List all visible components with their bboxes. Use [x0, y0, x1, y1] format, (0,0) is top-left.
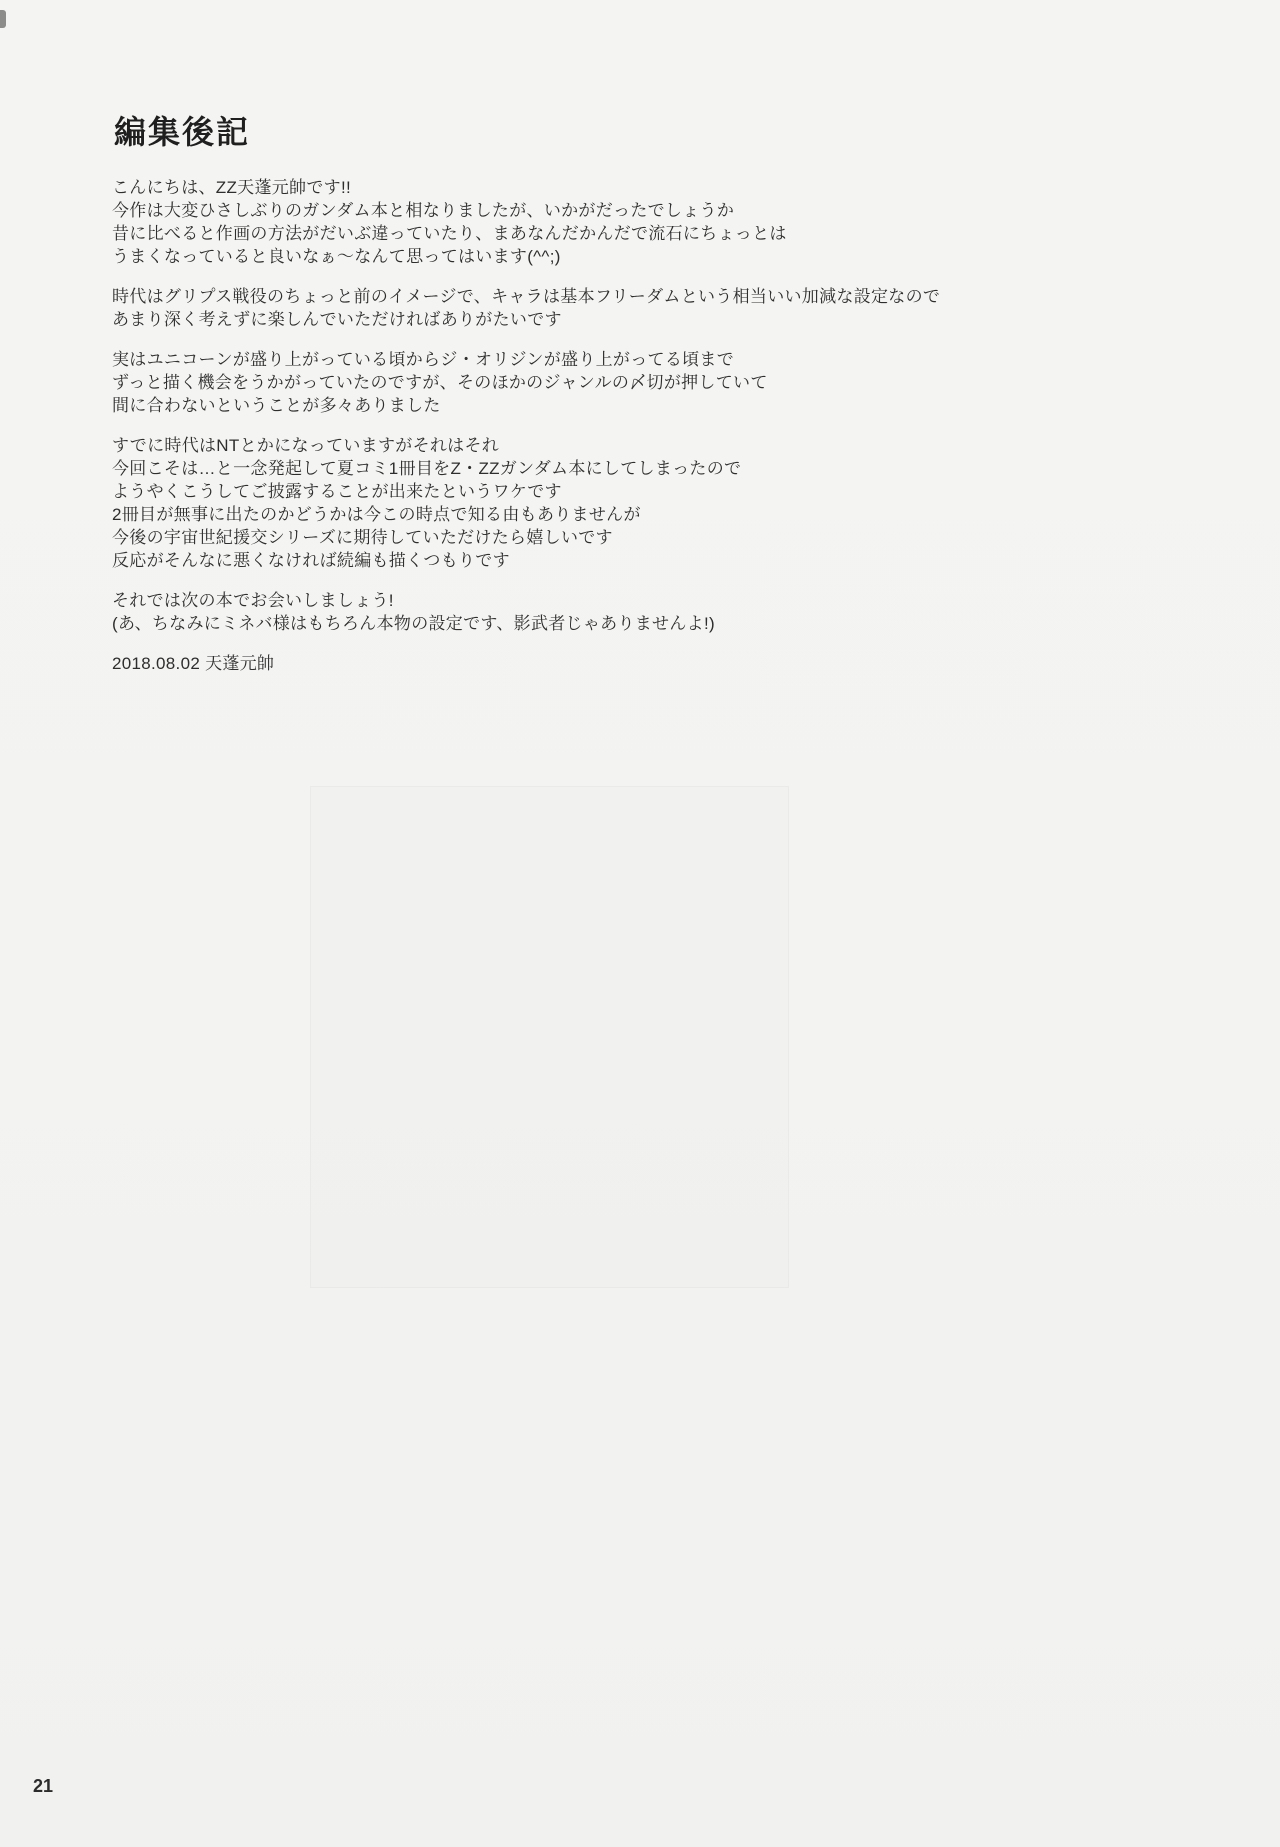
paragraph: こんにちは、ZZ天蓬元帥です!! 今作は大変ひさしぶりのガンダム本と相なりました… [112, 176, 1212, 268]
text-line: 今後の宇宙世紀援交シリーズに期待していただけたら嬉しいです [112, 526, 1212, 549]
paragraph: すでに時代はNTとかになっていますがそれはそれ 今回こそは…と一念発起して夏コミ… [112, 434, 1212, 572]
afterword-text: こんにちは、ZZ天蓬元帥です!! 今作は大変ひさしぶりのガンダム本と相なりました… [112, 176, 1212, 675]
text-line: 間に合わないということが多々ありました [112, 394, 1212, 417]
date-signature: 2018.08.02 天蓬元帥 [112, 652, 1212, 675]
scan-artifact [0, 10, 6, 28]
text-line: それでは次の本でお会いしましょう! [112, 589, 1212, 612]
text-line: あまり深く考えずに楽しんでいただければありがたいです [112, 308, 1212, 331]
text-line: すでに時代はNTとかになっていますがそれはそれ [112, 434, 1212, 457]
paragraph: 時代はグリプス戦役のちょっと前のイメージで、キャラは基本フリーダムという相当いい… [112, 285, 1212, 331]
text-line: 昔に比べると作画の方法がだいぶ違っていたり、まあなんだかんだで流石にちょっとは [112, 222, 1212, 245]
text-line: 反応がそんなに悪くなければ続編も描くつもりです [112, 549, 1212, 572]
text-line: ようやくこうしてご披露することが出来たというワケです [112, 480, 1212, 503]
text-line: 今作は大変ひさしぶりのガンダム本と相なりましたが、いかがだったでしょうか [112, 199, 1212, 222]
text-line: 時代はグリプス戦役のちょっと前のイメージで、キャラは基本フリーダムという相当いい… [112, 285, 1212, 308]
text-line: 実はユニコーンが盛り上がっている頃からジ・オリジンが盛り上がってる頃まで [112, 348, 1212, 371]
text-line: ずっと描く機会をうかがっていたのですが、そのほかのジャンルの〆切が押していて [112, 371, 1212, 394]
page-showthrough [310, 786, 789, 1288]
page-title: 編集後記 [114, 112, 250, 152]
page-number: 21 [33, 1776, 53, 1797]
paragraph: それでは次の本でお会いしましょう! (あ、ちなみにミネバ様はもちろん本物の設定で… [112, 589, 1212, 635]
text-line: うまくなっていると良いなぁ～なんて思ってはいます(^^;) [112, 245, 1212, 268]
text-line: こんにちは、ZZ天蓬元帥です!! [112, 176, 1212, 199]
text-line: 今回こそは…と一念発起して夏コミ1冊目をZ・ZZガンダム本にしてしまったので [112, 457, 1212, 480]
text-line: 2冊目が無事に出たのかどうかは今この時点で知る由もありませんが [112, 503, 1212, 526]
text-line: (あ、ちなみにミネバ様はもちろん本物の設定です、影武者じゃありませんよ!) [112, 612, 1212, 635]
scanned-page: 編集後記 こんにちは、ZZ天蓬元帥です!! 今作は大変ひさしぶりのガンダム本と相… [0, 0, 1280, 1847]
paragraph: 実はユニコーンが盛り上がっている頃からジ・オリジンが盛り上がってる頃まで ずっと… [112, 348, 1212, 417]
